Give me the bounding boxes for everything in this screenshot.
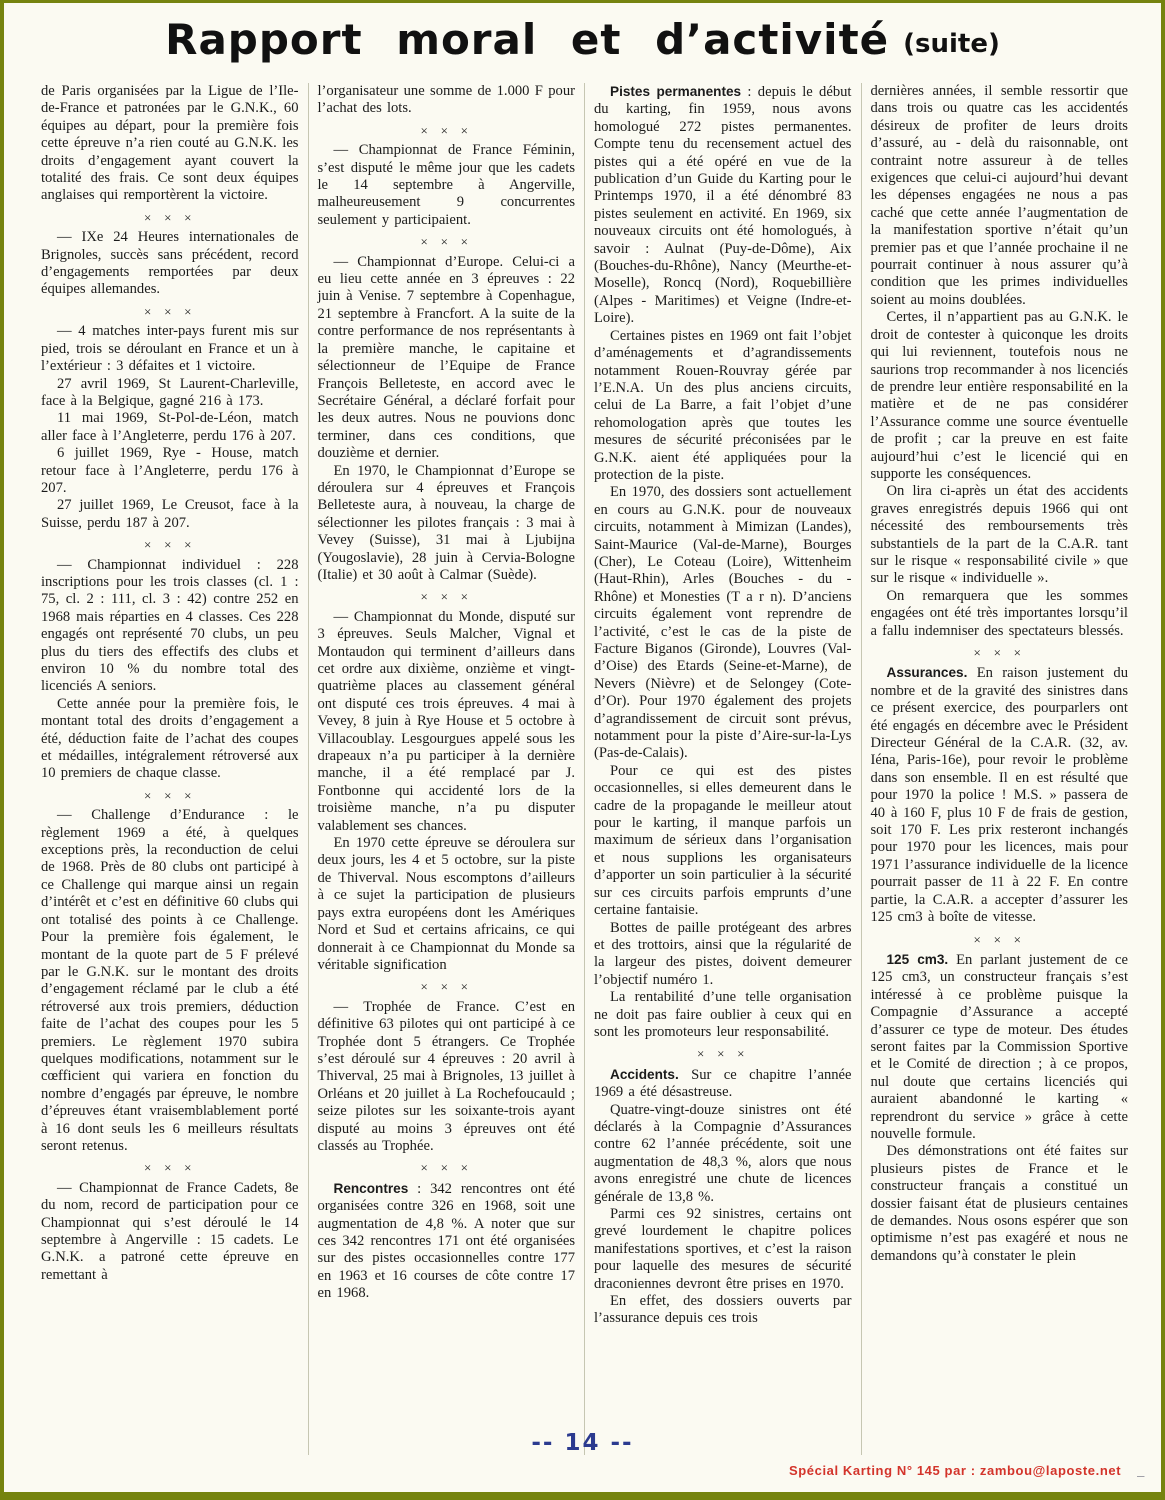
paragraph: En effet, des dossiers ouverts par l’ass… <box>594 1293 852 1328</box>
paragraph: Quatre-vingt-douze sinistres ont été déc… <box>594 1102 852 1206</box>
paragraph: — Championnat du Monde, disputé sur 3 ép… <box>318 609 576 835</box>
column-3: Pistes permanentes : depuis le début du … <box>584 83 861 1455</box>
paragraph: En 1970, le Championnat d’Europe se déro… <box>318 463 576 585</box>
paragraph: — Championnat de France Cadets, 8e du no… <box>41 1180 299 1284</box>
paragraph: Accidents. Sur ce chapitre l’année 1969 … <box>594 1066 852 1102</box>
footer-credit-text: Spécial Karting N° 145 par : zambou@lapo… <box>789 1463 1121 1478</box>
paragraph: Assurances. En raison justement du nombr… <box>871 664 1129 926</box>
page-header: Rapport moral et d’activité (suite) <box>4 3 1161 73</box>
paragraph: l’organisateur une somme de 1.000 F pour… <box>318 83 576 118</box>
paragraph: En 1970, des dossiers sont actuellement … <box>594 484 852 763</box>
section-separator: × × × <box>871 931 1129 948</box>
section-separator: × × × <box>871 644 1129 661</box>
section-separator: × × × <box>41 303 299 320</box>
paragraph: dernières années, il semble ressortir qu… <box>871 83 1129 309</box>
paragraph: — Championnat de France Féminin, s’est d… <box>318 142 576 229</box>
paragraph: Pistes permanentes : depuis le début du … <box>594 83 852 328</box>
paragraph-lead: Pistes permanentes <box>610 84 741 99</box>
paragraph: Certaines pistes en 1969 ont fait l’obje… <box>594 328 852 485</box>
footer-credit: Spécial Karting N° 145 par : zambou@lapo… <box>789 1463 1145 1478</box>
paragraph: — Championnat d’Europe. Celui-ci a eu li… <box>318 254 576 463</box>
paragraph-lead: 125 cm3. <box>887 952 949 967</box>
section-separator: × × × <box>318 1159 576 1176</box>
column-1: de Paris organisées par la Ligue de l’Il… <box>32 83 308 1455</box>
paragraph: Pour ce qui est des pistes occasionnelle… <box>594 763 852 920</box>
paragraph: 125 cm3. En parlant justement de ce 125 … <box>871 951 1129 1143</box>
paragraph: 27 juillet 1969, Le Creusot, face à la S… <box>41 497 299 532</box>
section-separator: × × × <box>41 1159 299 1176</box>
paragraph: Cette année pour la première fois, le mo… <box>41 696 299 783</box>
section-separator: × × × <box>594 1045 852 1062</box>
section-separator: × × × <box>41 209 299 226</box>
paragraph: Des démonstrations ont été faites sur pl… <box>871 1143 1129 1265</box>
paragraph: — 4 matches inter-pays furent mis sur pi… <box>41 323 299 375</box>
paragraph: — Trophée de France. C’est en définitive… <box>318 999 576 1156</box>
paragraph: — Challenge d’Endurance : le règlement 1… <box>41 807 299 1155</box>
paragraph: Certes, il n’appartient pas au G.N.K. le… <box>871 309 1129 483</box>
paragraph-lead: Accidents. <box>610 1067 679 1082</box>
section-separator: × × × <box>41 787 299 804</box>
paragraph: Bottes de paille protégeant des arbres e… <box>594 920 852 990</box>
paragraph: — Championnat individuel : 228 inscripti… <box>41 557 299 696</box>
paragraph: 6 juillet 1969, Rye - House, match retou… <box>41 445 299 497</box>
paragraph: On remarquera que les sommes engagées on… <box>871 588 1129 640</box>
paragraph: — IXe 24 Heures internationales de Brign… <box>41 229 299 299</box>
paragraph: Rencontres : 342 rencontres ont été orga… <box>318 1180 576 1303</box>
column-4: dernières années, il semble ressortir qu… <box>861 83 1138 1455</box>
footer-underscore: _ <box>1137 1463 1145 1478</box>
section-separator: × × × <box>318 233 576 250</box>
section-separator: × × × <box>318 978 576 995</box>
paragraph: Parmi ces 92 sinistres, certains ont gre… <box>594 1206 852 1293</box>
section-separator: × × × <box>41 536 299 553</box>
column-2: l’organisateur une somme de 1.000 F pour… <box>308 83 585 1455</box>
page-number: -- 14 -- <box>4 1430 1161 1456</box>
paragraph: 11 mai 1969, St-Pol-de-Léon, match aller… <box>41 410 299 445</box>
paragraph-lead: Assurances. <box>887 665 968 680</box>
paragraph: de Paris organisées par la Ligue de l’Il… <box>41 83 299 205</box>
section-separator: × × × <box>318 122 576 139</box>
paragraph: 27 avril 1969, St Laurent-Charleville, f… <box>41 376 299 411</box>
paragraph: En 1970 cette épreuve se déroulera sur d… <box>318 835 576 974</box>
paragraph: La rentabilité d’une telle organisation … <box>594 989 852 1041</box>
scanned-magazine-page: Rapport moral et d’activité (suite) de P… <box>0 0 1165 1500</box>
paragraph: On lira ci-après un état des accidents g… <box>871 483 1129 587</box>
paragraph-lead: Rencontres <box>334 1181 409 1196</box>
page-title: Rapport moral et d’activité <box>165 15 889 64</box>
page-title-suffix: (suite) <box>903 29 1000 59</box>
section-separator: × × × <box>318 588 576 605</box>
article-columns: de Paris organisées par la Ligue de l’Il… <box>32 83 1137 1455</box>
